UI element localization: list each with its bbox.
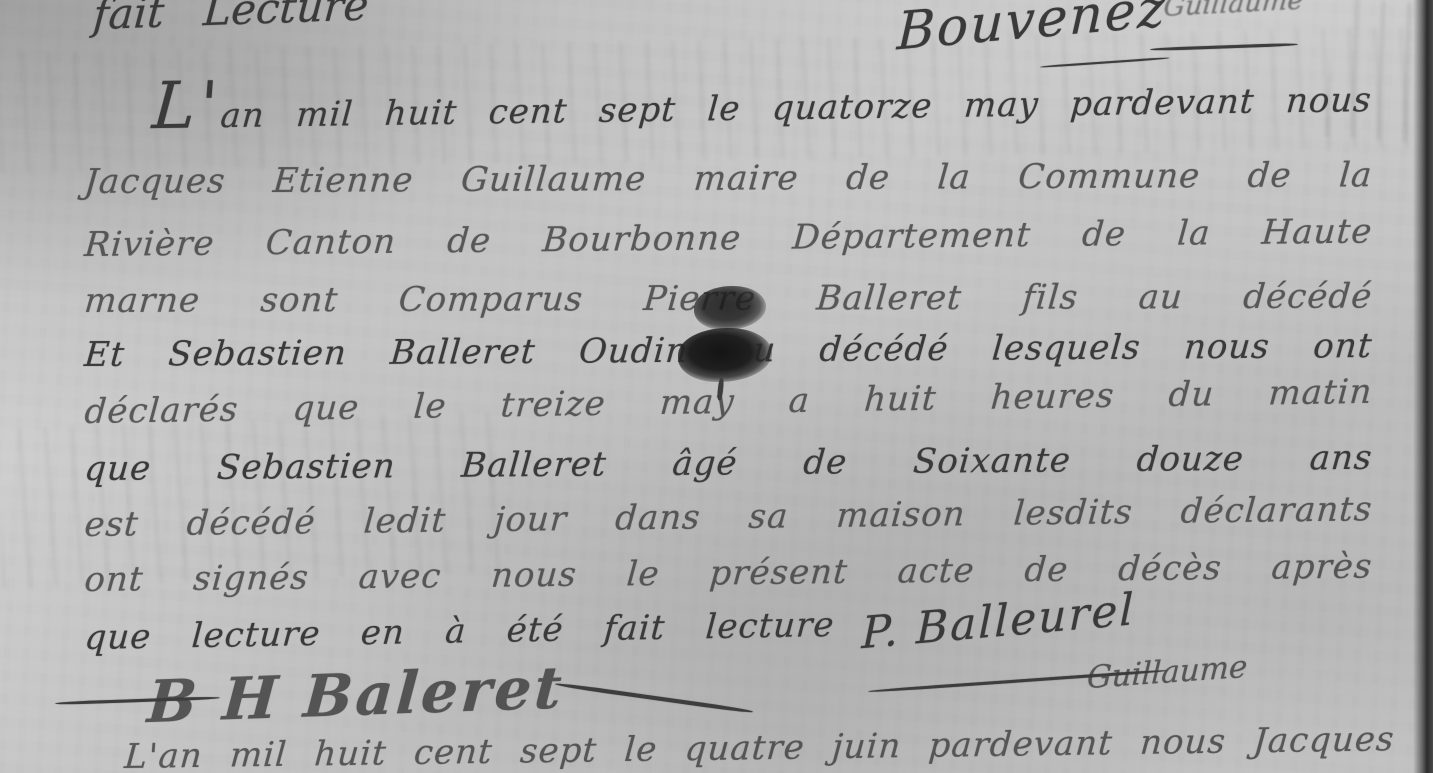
ink-blot [694,286,766,330]
note-fait-lecture: fait Lecture [92,0,371,39]
faint-signature-guillaume: Guillaume [1162,0,1304,23]
signature-guillaume: Guillaume [1086,649,1248,696]
signature-balleurel: P. Balleurel [861,584,1136,659]
manuscript-line: déclarés que le treize may a huit heures… [83,373,1374,432]
flourish-stroke [1040,57,1170,68]
manuscript-line: que Sebastien Balleret âgé de Soixante d… [83,439,1374,489]
manuscript-line: ont signés avec nous le présent acte de … [83,548,1374,601]
flourish-stroke [555,682,754,714]
manuscript-line: L'an mil huit cent sept le quatorze may … [82,72,1373,138]
manuscript-line: Rivière Canton de Bourbonne Département … [83,213,1374,266]
manuscript-line: est décédé ledit jour dans sa maison les… [83,490,1374,545]
manuscript-line: que lecture en à été fait lecture [83,606,836,658]
manuscript-line: Jacques Etienne Guillaume maire de la Co… [83,156,1374,202]
adjacent-page-scribbles [1325,0,1425,143]
manuscript-page: fait Lecture Guillaume Bouvenez L'an mil… [0,0,1433,773]
signature-bouvenez: Bouvenez [896,0,1168,62]
ink-blot [678,328,772,382]
signature-baleret: B H Baleret [145,653,567,736]
book-edge-shadow [1413,0,1433,773]
flourish-stroke [1150,43,1298,51]
